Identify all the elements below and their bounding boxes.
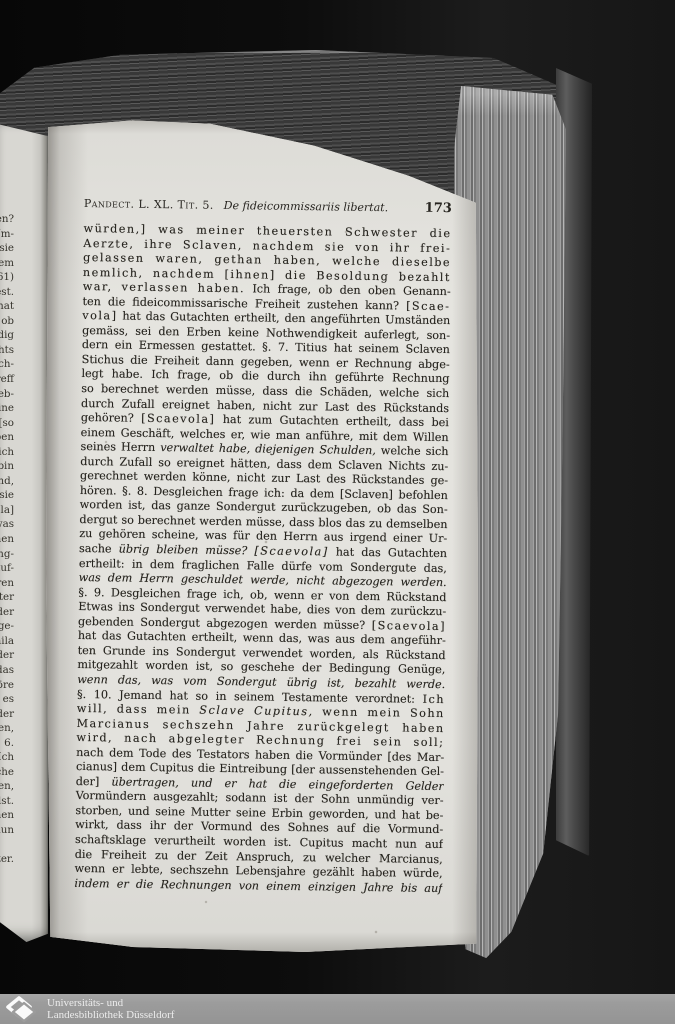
fragment-line: e ich: [0, 445, 15, 460]
fragment-line: i der: [0, 707, 15, 722]
library-logo-icon: [6, 995, 38, 1023]
fragment-line: was: [0, 517, 15, 532]
fragment-line: ss sie: [0, 241, 15, 256]
fragment-line: lang-: [0, 547, 15, 562]
fragment-line: : ob: [0, 314, 15, 329]
fragment-line: assen,: [0, 721, 15, 736]
fragment-line: sind,: [0, 474, 15, 489]
fragment-line: falter.: [0, 852, 15, 867]
page-number: 173: [425, 201, 452, 216]
fragment-line: Ich: [0, 750, 15, 765]
fragment-line: Dem: [0, 256, 15, 271]
fragment-line: haben: [0, 430, 15, 445]
fragment-line: ichen: [0, 532, 15, 547]
fragment-line: Um-: [0, 227, 15, 242]
library-watermark-bar: Universitäts- und Landesbibliothek Düsse…: [0, 994, 675, 1024]
fragment-line: n sie: [0, 488, 15, 503]
library-name-line1: Universitäts- und: [47, 997, 174, 1010]
fragment-line: Nichts: [0, 343, 15, 358]
fragment-line: Erbin: [0, 459, 15, 474]
header-work-title: De fideicommissariis libertat.: [224, 199, 389, 214]
fragment-line: s auf-: [0, 561, 15, 576]
fragment-line: illst.: [0, 794, 15, 809]
fragment-line: thun: [0, 823, 15, 838]
fragment-line: r 61): [0, 270, 15, 285]
fragment-line: lche: [0, 765, 15, 780]
fragment-line: hat: [0, 299, 15, 314]
fragment-line: ihren: [0, 576, 15, 591]
book-scan-photo: sten?Um-ss sieDemr 61)gest.hat: obändigN…: [0, 0, 675, 1024]
fragment-line: [0, 838, 15, 853]
fragment-line: nach-: [0, 357, 15, 372]
page-text-block: Pandect. L. XL. Tit. 5. De fideicommissa…: [74, 196, 452, 896]
fragment-line: hnen: [0, 808, 15, 823]
previous-page-edge: sten?Um-ss sieDemr 61)gest.hat: obändigN…: [0, 118, 48, 942]
fragment-line: halter: [0, 590, 15, 605]
fragment-line: phila: [0, 634, 15, 649]
fragment-line: , das: [0, 663, 15, 678]
library-name-line2: Landesbibliothek Düsseldorf: [47, 1009, 174, 1022]
fragment-line: ola]: [0, 503, 15, 518]
fragment-line: a ge-: [0, 619, 15, 634]
fragment-line: etreff: [0, 372, 15, 387]
fragment-line: gest.: [0, 285, 15, 300]
fragment-line: §. 6.: [0, 736, 15, 751]
fragment-line: e: es: [0, 692, 15, 707]
previous-page-text-fragments: sten?Um-ss sieDemr 61)gest.hat: obändigN…: [0, 212, 15, 867]
running-header: Pandect. L. XL. Tit. 5. De fideicommissa…: [84, 196, 452, 216]
fragment-line: elieb-: [0, 387, 15, 402]
book-page: Pandect. L. XL. Tit. 5. De fideicommissa…: [46, 112, 478, 952]
fragment-line: h [so: [0, 416, 15, 431]
fragment-line: n der: [0, 605, 15, 620]
fragment-line: ändig: [0, 328, 15, 343]
body-text: würden,] was meiner theuersten Schwester…: [74, 222, 451, 896]
fragment-line: n der: [0, 648, 15, 663]
fragment-line: hen,: [0, 779, 15, 794]
fragment-line: neine: [0, 401, 15, 416]
header-citation: Pandect. L. XL. Tit. 5.: [84, 197, 214, 212]
fragment-line: sten?: [0, 212, 15, 227]
fragment-line: ehöre: [0, 678, 15, 693]
library-name: Universitäts- und Landesbibliothek Düsse…: [47, 997, 174, 1022]
